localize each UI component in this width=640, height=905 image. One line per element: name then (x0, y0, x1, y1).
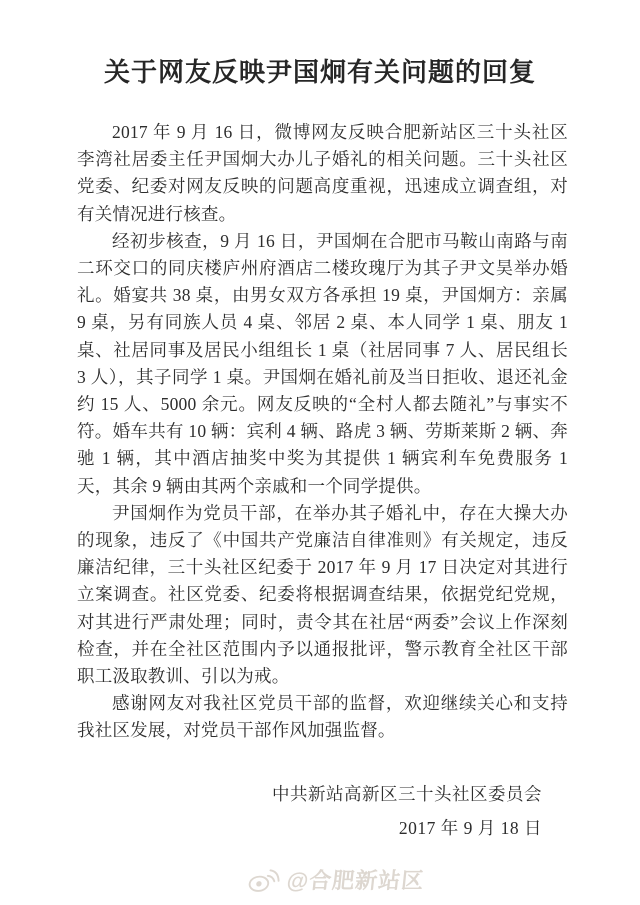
paragraph-3: 尹国炯作为党员干部，在举办其子婚礼中，存在大操大办的现象，违反了《中国共产党廉洁… (77, 500, 568, 690)
signature-org: 中共新站高新区三十头社区委员会 (0, 777, 542, 811)
document-page: 关于网友反映尹国炯有关问题的回复 2017 年 9 月 16 日，微博网友反映合… (0, 0, 640, 905)
document-title: 关于网友反映尹国炯有关问题的回复 (0, 0, 640, 89)
signature-block: 中共新站高新区三十头社区委员会 2017 年 9 月 18 日 (0, 777, 542, 845)
watermark-text: @合肥新站区 (285, 864, 426, 895)
watermark: @合肥新站区 (246, 864, 426, 895)
weibo-icon (247, 866, 282, 894)
paragraph-1: 2017 年 9 月 16 日，微博网友反映合肥新站区三十头社区李湾社居委主任尹… (77, 119, 568, 228)
paragraph-4: 感谢网友对我社区党员干部的监督，欢迎继续关心和支持我社区发展，对党员干部作风加强… (77, 690, 568, 744)
paragraph-2: 经初步核查，9 月 16 日，尹国炯在合肥市马鞍山南路与南二环交口的同庆楼庐州府… (77, 228, 568, 500)
signature-date: 2017 年 9 月 18 日 (0, 811, 542, 845)
document-body: 2017 年 9 月 16 日，微博网友反映合肥新站区三十头社区李湾社居委主任尹… (77, 119, 568, 745)
